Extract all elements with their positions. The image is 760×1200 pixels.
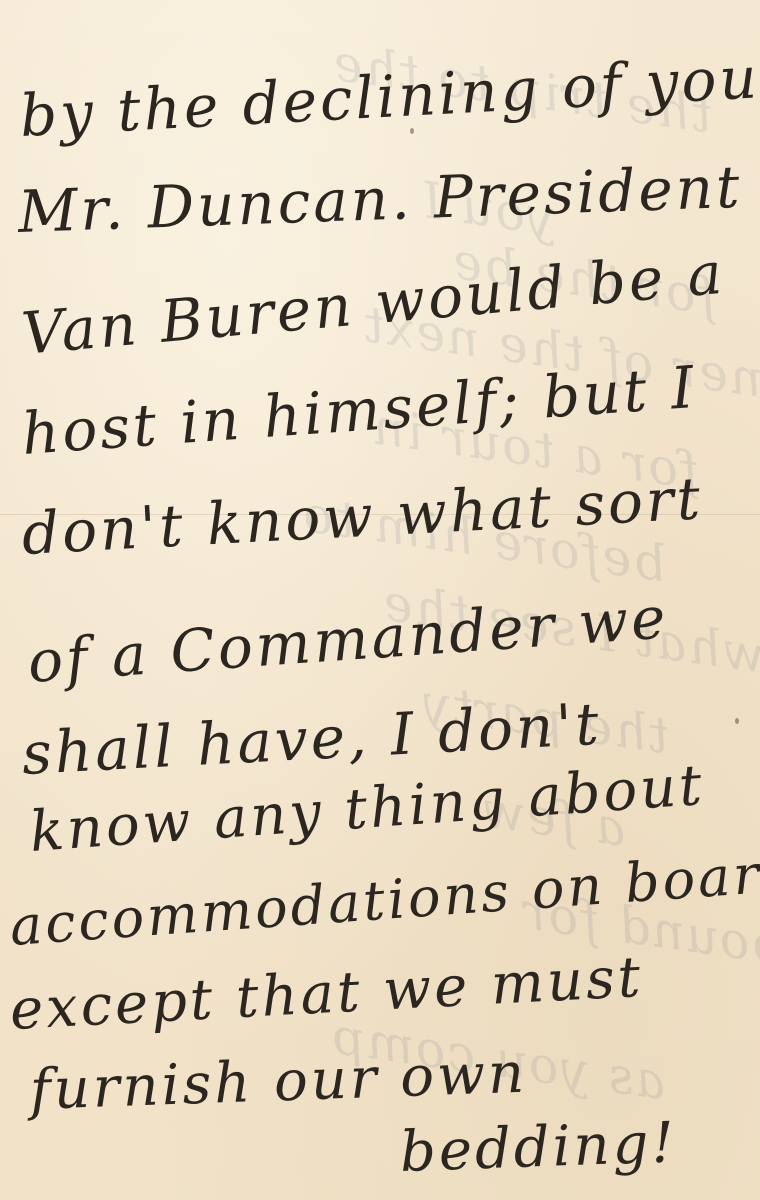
handwritten-line-6: of a Commander we: [26, 583, 671, 696]
handwritten-line-10: except that we must: [8, 945, 644, 1043]
handwritten-line-12: bedding!: [399, 1110, 678, 1185]
handwritten-line-2: Mr. Duncan. President: [17, 153, 744, 246]
letter-page: the trip to the you I for the be Banner …: [0, 0, 760, 1200]
handwritten-line-11: furnish our own: [29, 1041, 528, 1123]
ink-speck: [735, 718, 739, 724]
